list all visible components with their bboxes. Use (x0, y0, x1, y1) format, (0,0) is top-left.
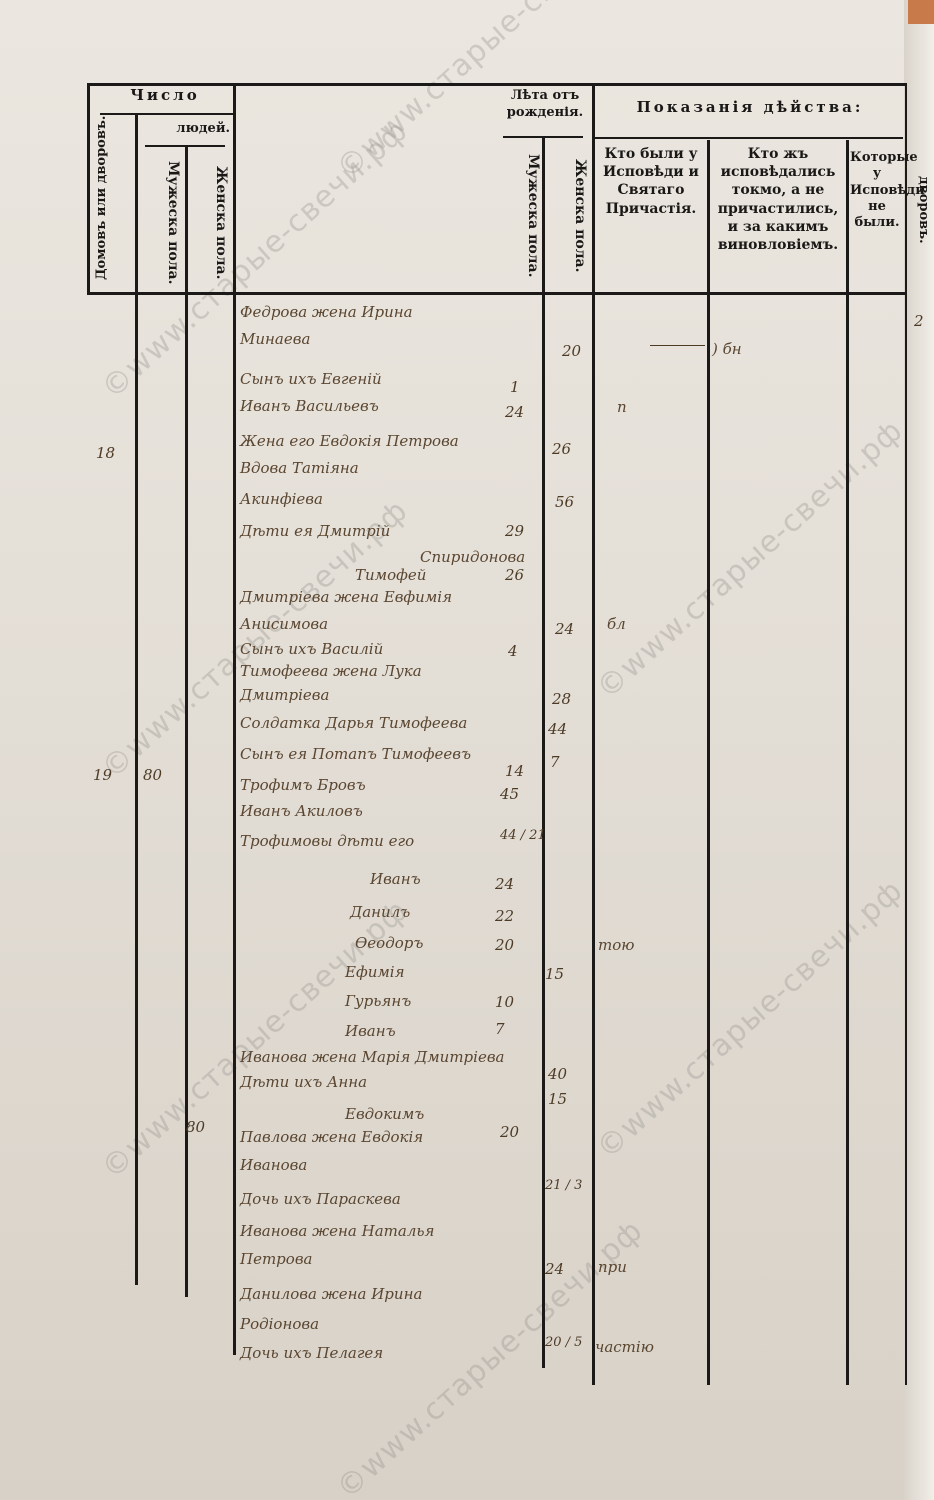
header-age-male: Мужеска пола. (505, 142, 540, 290)
entry-name: Тимофей (355, 566, 426, 584)
entry-name: Гурьянъ (345, 992, 411, 1010)
entry-name: Иванова жена Марія Дмитріева (240, 1048, 505, 1066)
age-male: 14 (505, 762, 524, 780)
age-male: 20 (500, 1123, 519, 1141)
entry-name: Петрова (240, 1250, 313, 1268)
entry-name: Дѣти ихъ Анна (240, 1073, 367, 1091)
entry-name: Евдокимъ (345, 1105, 424, 1123)
col-divider (592, 85, 595, 1385)
table-surface (908, 0, 934, 24)
age-female: 7 (550, 753, 560, 771)
households-value: 19 (93, 766, 112, 784)
entry-name: Ефимія (345, 963, 405, 981)
col-divider (135, 115, 138, 1285)
entry-name: Трофимъ Бровъ (240, 776, 366, 794)
entry-name: Солдатка Дарья Тимофеева (240, 714, 467, 732)
dash-mark (650, 345, 705, 346)
entry-name: Дочь ихъ Пелагея (240, 1344, 383, 1362)
entry-name: Данилъ (350, 903, 410, 921)
header-people: людей. (140, 122, 230, 136)
header-age-female: Женска пола. (552, 142, 587, 290)
entry-name: Сынъ ихъ Евгеній (240, 370, 382, 388)
header-confessed-only: Кто жъ исповѣдались токмо, а не причасти… (712, 145, 844, 254)
age-female: 40 (548, 1065, 567, 1083)
age-female: 20 / 5 (545, 1335, 582, 1350)
age-female: 15 (548, 1090, 567, 1108)
confession-note: частію (595, 1338, 654, 1356)
entry-name: Иванъ Акиловъ (240, 802, 363, 820)
entry-name: Минаева (240, 330, 310, 348)
entry-name: Дмитріева жена Евфимія (240, 588, 452, 606)
header-female-count: Женска пола. (193, 155, 228, 290)
confession-note: ) бн (712, 340, 742, 358)
entry-name: Родіонова (240, 1315, 319, 1333)
entry-name: Иванъ (370, 870, 421, 888)
age-male: 26 (505, 566, 524, 584)
age-female: 44 (548, 720, 567, 738)
age-female: 15 (545, 965, 564, 983)
households-value: 18 (96, 444, 115, 462)
header-households: Домовъ или дворовъ. (95, 130, 133, 280)
female-count-value: 80 (186, 1118, 205, 1136)
entry-name: Дѣти ея Дмитрій (240, 522, 390, 540)
confession-note: тою (598, 936, 634, 954)
age-male: 24 (495, 875, 514, 893)
entry-name: Спиридонова (420, 548, 525, 566)
age-female: 28 (552, 690, 571, 708)
entry-name: Иванова (240, 1156, 307, 1174)
age-female: 21 / 3 (545, 1178, 582, 1193)
entry-name: Анисимова (240, 615, 328, 633)
confession-note: бл (607, 615, 626, 633)
entry-name: Жена его Евдокія Петрова (240, 432, 459, 450)
header-confession: Показанія дѣйства: (600, 100, 900, 116)
col-divider (707, 140, 710, 1385)
age-male: 1 (510, 378, 520, 396)
entry-name: Сынъ ихъ Василій (240, 640, 383, 658)
confession-note: п (617, 398, 627, 416)
confession-note: при (598, 1258, 627, 1276)
entry-name: Вдова Татіяна (240, 459, 359, 477)
age-female: 26 (552, 440, 571, 458)
header-bottom-border (87, 292, 907, 295)
header-count: Число (95, 88, 235, 104)
entry-name: Иванова жена Наталья (240, 1222, 434, 1240)
col-divider (846, 140, 849, 1385)
col-divider (905, 85, 907, 1385)
age-female: 24 (555, 620, 574, 638)
header-not-confessed: Которые у Исповѣди не были. (850, 150, 904, 231)
age-male: 29 (505, 522, 524, 540)
entry-name: Трофимовы дѣти его (240, 832, 414, 850)
entry-name: Сынъ ея Потапъ Тимофеевъ (240, 745, 471, 763)
entry-name: Федрова жена Ирина (240, 303, 413, 321)
age-male: 4 (508, 642, 518, 660)
table-left-border (87, 83, 90, 295)
header-confessed-communed: Кто были у Исповѣди и Святаго Причастія. (598, 145, 704, 218)
entry-name: Данилова жена Ирина (240, 1285, 422, 1303)
entry-name: Павлова жена Евдокія (240, 1128, 423, 1146)
age-female: 24 (545, 1260, 564, 1278)
age-male: 44 / 21 (500, 828, 546, 843)
entry-name: Дмитріева (240, 686, 329, 704)
header-male-count: Мужеска пола. (145, 155, 180, 290)
age-male: 20 (495, 936, 514, 954)
age-male: 10 (495, 993, 514, 1011)
header-next-page: дворовъ. (908, 160, 930, 260)
entry-name: Иванъ (345, 1022, 396, 1040)
next-page-value: 2 (914, 312, 924, 330)
age-male: 45 (500, 785, 519, 803)
entry-name: Тимофеева жена Лука (240, 662, 422, 680)
age-female: 56 (555, 493, 574, 511)
entry-name: Дочь ихъ Параскева (240, 1190, 401, 1208)
entry-name: Ѳеодоръ (355, 934, 423, 952)
confession-group-rule (593, 137, 903, 139)
age-male: 7 (495, 1020, 505, 1038)
age-female: 20 (562, 342, 581, 360)
entry-name: Иванъ Васильевъ (240, 397, 379, 415)
male-count-value: 80 (143, 766, 162, 784)
age-male: 24 (505, 403, 524, 421)
table-top-border (87, 83, 907, 86)
count-group-rule (100, 113, 235, 115)
entry-name: Акинфіева (240, 490, 323, 508)
header-age: Лѣта отъ рожденія. (500, 88, 590, 122)
col-divider (233, 85, 236, 1355)
age-male: 22 (495, 907, 514, 925)
